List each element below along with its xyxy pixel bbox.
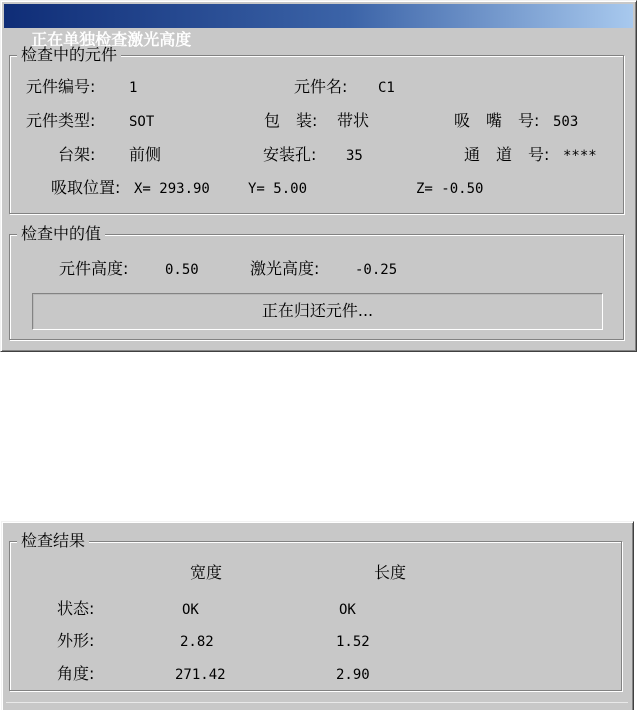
results-col-header-width: 宽度 (190, 564, 222, 582)
component-name-label: 元件名: (294, 78, 347, 96)
check-results-group: 检查结果 宽度 长度 状态: OK OK 外形: 2.82 1.52 角度: 2… (9, 541, 622, 691)
cut-off-element-edge (6, 702, 628, 703)
package-label: 包 装: (264, 112, 317, 130)
mount-hole-label: 安装孔: (263, 146, 316, 164)
results-row-shape-label: 外形: (57, 632, 94, 650)
pickup-z-value: Z= -0.50 (416, 179, 483, 198)
results-group-legend: 检查结果 (17, 532, 89, 550)
channel-number-value: **** (563, 146, 597, 165)
status-bar: 正在归还元件... (32, 293, 603, 330)
results-row-angle-label: 角度: (57, 665, 94, 683)
values-under-check-group: 检查中的值 元件高度: 0.50 激光高度: -0.25 正在归还元件... (9, 234, 624, 340)
status-message: 正在归还元件... (33, 302, 602, 320)
pickup-position-label: 吸取位置: (51, 179, 120, 197)
pickup-y-value: Y= 5.00 (248, 179, 307, 198)
component-type-value: SOT (129, 112, 154, 131)
nozzle-number-label: 吸 嘴 号: (454, 112, 539, 130)
pickup-x-value: X= 293.90 (134, 179, 210, 198)
component-group-legend: 检查中的元件 (17, 46, 121, 64)
results-shape-width-value: 2.82 (180, 632, 214, 651)
results-status-width-value: OK (182, 600, 199, 619)
laser-height-value: -0.25 (355, 260, 397, 279)
component-number-value: 1 (129, 78, 137, 97)
results-row-status-label: 状态: (57, 600, 94, 618)
results-col-header-length: 长度 (374, 564, 406, 582)
component-type-label: 元件类型: (26, 112, 95, 130)
stage-label: 台架: (58, 146, 95, 164)
results-angle-width-value: 271.42 (175, 665, 226, 684)
package-value: 带状 (337, 112, 369, 130)
component-name-value: C1 (378, 78, 395, 97)
component-height-label: 元件高度: (59, 260, 128, 278)
nozzle-number-value: 503 (553, 112, 578, 131)
laser-height-label: 激光高度: (250, 260, 319, 278)
check-results-dialog-fragment: 检查结果 宽度 长度 状态: OK OK 外形: 2.82 1.52 角度: 2… (1, 521, 634, 710)
channel-number-label: 通 道 号: (464, 146, 549, 164)
mount-hole-value: 35 (346, 146, 363, 165)
stage-value: 前侧 (129, 146, 161, 164)
results-angle-length-value: 2.90 (336, 665, 370, 684)
results-shape-length-value: 1.52 (336, 632, 370, 651)
component-number-label: 元件编号: (26, 78, 95, 96)
component-height-value: 0.50 (165, 260, 199, 279)
laser-height-check-dialog: 正在单独检查激光高度 检查中的元件 元件编号: 1 元件名: C1 元件类型: … (0, 0, 637, 352)
results-status-length-value: OK (339, 600, 356, 619)
values-group-legend: 检查中的值 (17, 225, 105, 243)
dialog-titlebar[interactable]: 正在单独检查激光高度 (4, 4, 633, 28)
